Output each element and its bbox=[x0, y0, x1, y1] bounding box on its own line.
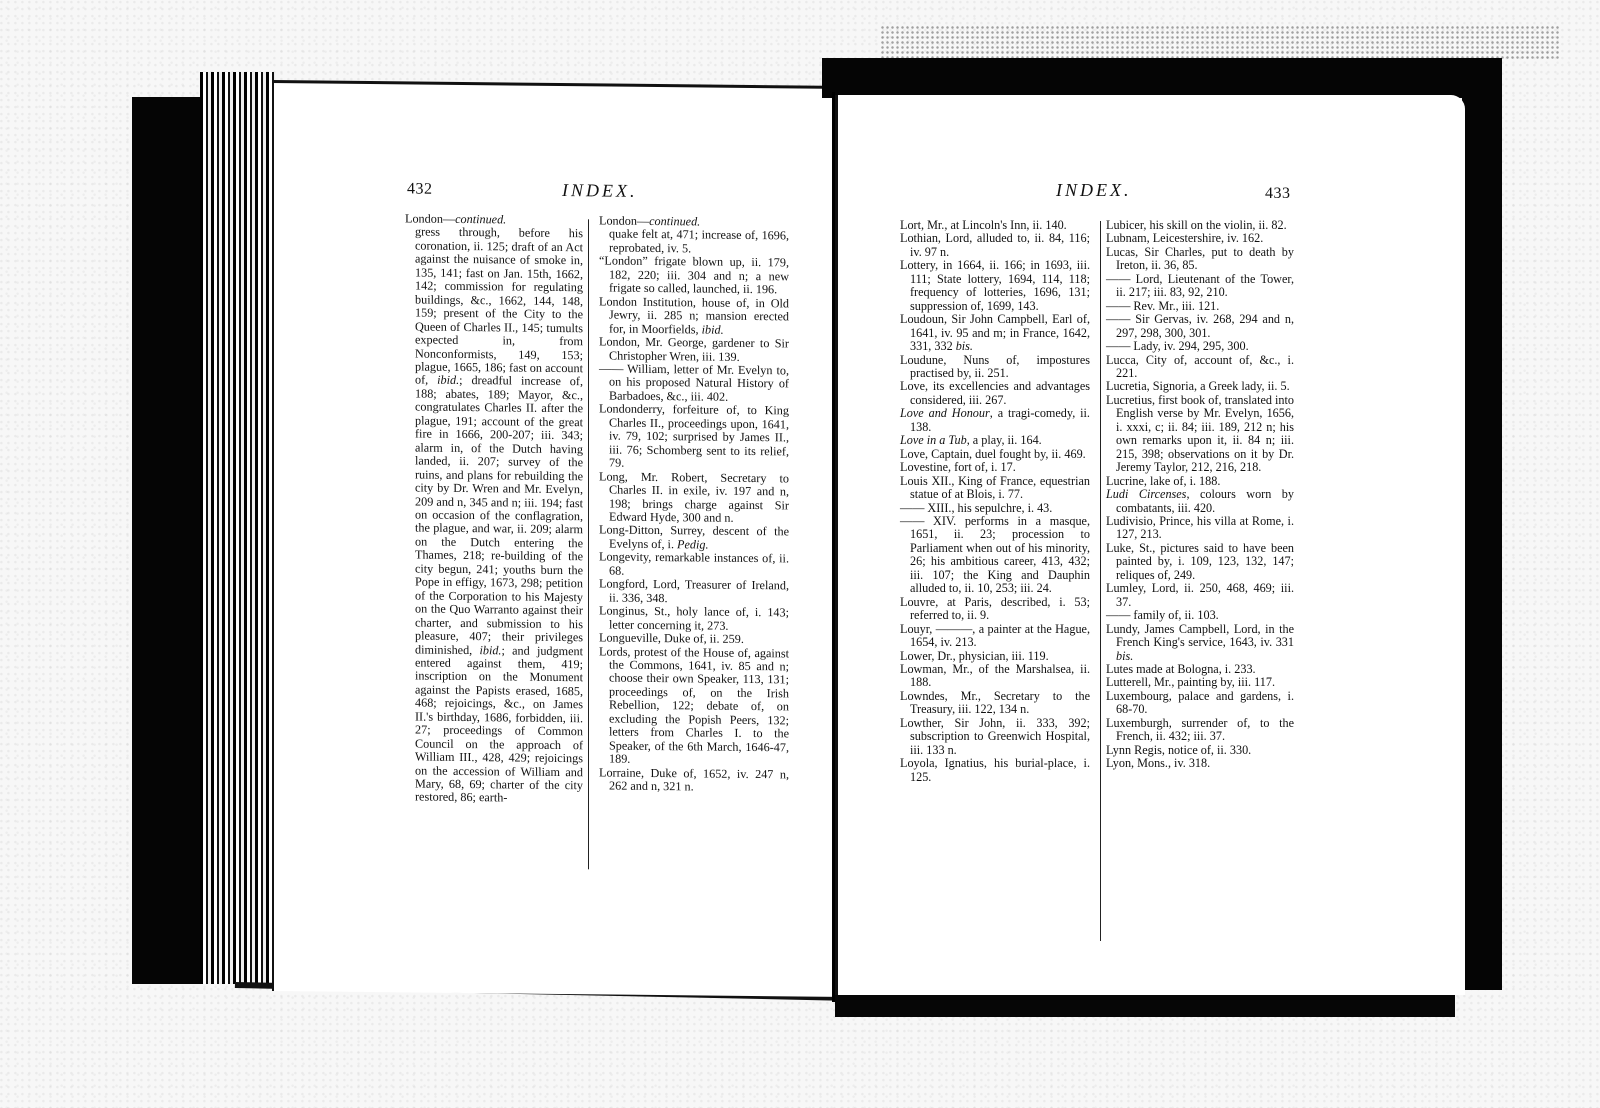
index-entry: quake felt at, 471; increase of, 1696, r… bbox=[599, 228, 789, 257]
index-entry: gress through, before his coronation, ii… bbox=[405, 226, 583, 806]
index-entry: Love, Captain, duel fought by, ii. 469. bbox=[900, 448, 1090, 461]
index-entry: Lumley, Lord, ii. 250, 468, 469; iii. 37… bbox=[1106, 582, 1294, 609]
page-number-left: 432 bbox=[407, 180, 433, 198]
index-entry: —— Rev. Mr., iii. 121. bbox=[1106, 300, 1294, 313]
index-entry: Louvre, at Paris, described, i. 53; refe… bbox=[900, 596, 1090, 623]
right-page: INDEX. 433 Lort, Mr., at Lincoln's Inn, … bbox=[835, 95, 1465, 995]
scan-noise bbox=[880, 25, 1560, 60]
index-entry: Loudune, Nuns of, impostures practised b… bbox=[900, 354, 1090, 381]
left-page: 432 INDEX. London—continued.gress throug… bbox=[272, 80, 849, 997]
index-entry: London Institution, house of, in Old Jew… bbox=[599, 295, 789, 337]
index-entry: Lort, Mr., at Lincoln's Inn, ii. 140. bbox=[900, 219, 1090, 232]
index-entry: Luke, St., pictures said to have been pa… bbox=[1106, 542, 1294, 582]
index-entry: —— XIV. performs in a masque, 1651, ii. … bbox=[900, 515, 1090, 596]
right-page-column-2: Lubicer, his skill on the violin, ii. 82… bbox=[1106, 219, 1294, 771]
index-entry: Lyon, Mons., iv. 318. bbox=[1106, 757, 1294, 770]
index-entry: “London” frigate blown up, ii. 179, 182,… bbox=[599, 255, 789, 297]
index-entry: Lovestine, fort of, i. 17. bbox=[900, 461, 1090, 474]
index-entry: Luxemburgh, surrender of, to the French,… bbox=[1106, 717, 1294, 744]
index-entry: Louyr, ———, a painter at the Hague, 1654… bbox=[900, 623, 1090, 650]
index-entry: Lucretia, Signoria, a Greek lady, ii. 5. bbox=[1106, 380, 1294, 393]
index-entry: Lottery, in 1664, ii. 166; in 1693, iii.… bbox=[900, 259, 1090, 313]
index-entry: Lowther, Sir John, ii. 333, 392; subscri… bbox=[900, 717, 1090, 757]
book-gutter bbox=[832, 92, 835, 1002]
column-rule bbox=[1100, 221, 1101, 941]
running-title-left: INDEX. bbox=[562, 180, 638, 202]
index-entry: Lowndes, Mr., Secretary to the Treasury,… bbox=[900, 690, 1090, 717]
left-page-stack-edge bbox=[200, 72, 275, 984]
right-book-cover bbox=[1462, 60, 1502, 990]
index-entry: Lowman, Mr., of the Marshalsea, ii. 188. bbox=[900, 663, 1090, 690]
index-entry: Longford, Lord, Treasurer of Ireland, ii… bbox=[599, 578, 789, 607]
index-entry: Loyola, Ignatius, his burial-place, i. 1… bbox=[900, 757, 1090, 784]
index-entry: Longevity, remarkable instances of, ii. … bbox=[599, 551, 789, 580]
index-entry: Loudoun, Sir John Campbell, Earl of, 164… bbox=[900, 313, 1090, 353]
index-entry: Love, its excellencies and advantages co… bbox=[900, 380, 1090, 407]
index-entry: —— XIII., his sepulchre, i. 43. bbox=[900, 502, 1090, 515]
index-entry: —— Sir Gervas, iv. 268, 294 and n, 297, … bbox=[1106, 313, 1294, 340]
right-book-bottom-edge bbox=[835, 995, 1455, 1017]
index-entry: Ludi Circenses, colours worn by combatan… bbox=[1106, 488, 1294, 515]
index-entry: Lundy, James Campbell, Lord, in the Fren… bbox=[1106, 623, 1294, 663]
index-entry: Longinus, St., holy lance of, i. 143; le… bbox=[599, 605, 789, 634]
index-entry: Lucas, Sir Charles, put to death by Iret… bbox=[1106, 246, 1294, 273]
index-entry: Lucca, City of, account of, &c., i. 221. bbox=[1106, 354, 1294, 381]
index-entry: London, Mr. George, gardener to Sir Chri… bbox=[599, 336, 789, 365]
index-entry: —— family of, ii. 103. bbox=[1106, 609, 1294, 622]
index-entry: Lorraine, Duke of, 1652, iv. 247 n, 262 … bbox=[599, 766, 789, 795]
index-entry: Love and Honour, a tragi-comedy, ii. 138… bbox=[900, 407, 1090, 434]
index-entry: Lubicer, his skill on the violin, ii. 82… bbox=[1106, 219, 1294, 232]
index-entry: Louis XII., King of France, equestrian s… bbox=[900, 475, 1090, 502]
index-entry: Love in a Tub, a play, ii. 164. bbox=[900, 434, 1090, 447]
index-entry: Long, Mr. Robert, Secretary to Charles I… bbox=[599, 470, 789, 526]
index-entry: Londonderry, forfeiture of, to King Char… bbox=[599, 403, 789, 472]
right-book-top-edge bbox=[822, 58, 1502, 98]
index-entry: Lubnam, Leicestershire, iv. 162. bbox=[1106, 232, 1294, 245]
index-entry: Ludivisio, Prince, his villa at Rome, i.… bbox=[1106, 515, 1294, 542]
index-entry: Lutes made at Bologna, i. 233. bbox=[1106, 663, 1294, 676]
index-entry: Lords, protest of the House of, against … bbox=[599, 645, 789, 768]
left-page-column-1: London—continued.gress through, before h… bbox=[405, 212, 583, 806]
column-rule bbox=[588, 219, 589, 869]
index-entry: —— William, letter of Mr. Evelyn to, on … bbox=[599, 362, 789, 404]
left-page-column-2: London—continued.quake felt at, 471; inc… bbox=[599, 214, 789, 794]
index-entry: Lucretius, first book of, translated int… bbox=[1106, 394, 1294, 475]
index-entry: Luxembourg, palace and gardens, i. 68-70… bbox=[1106, 690, 1294, 717]
index-entry: —— Lady, iv. 294, 295, 300. bbox=[1106, 340, 1294, 353]
page-number-right: 433 bbox=[1265, 185, 1291, 203]
running-title-right: INDEX. bbox=[1056, 180, 1132, 201]
index-entry: Long-Ditton, Surrey, descent of the Evel… bbox=[599, 524, 789, 553]
index-entry: Lutterell, Mr., painting by, iii. 117. bbox=[1106, 676, 1294, 689]
index-entry: Lynn Regis, notice of, ii. 330. bbox=[1106, 744, 1294, 757]
index-entry: Lucrine, lake of, i. 188. bbox=[1106, 475, 1294, 488]
index-entry: Lower, Dr., physician, iii. 119. bbox=[900, 650, 1090, 663]
right-page-column-1: Lort, Mr., at Lincoln's Inn, ii. 140.Lot… bbox=[900, 219, 1090, 784]
index-entry: Lothian, Lord, alluded to, ii. 84, 116; … bbox=[900, 232, 1090, 259]
index-entry: —— Lord, Lieutenant of the Tower, ii. 21… bbox=[1106, 273, 1294, 300]
